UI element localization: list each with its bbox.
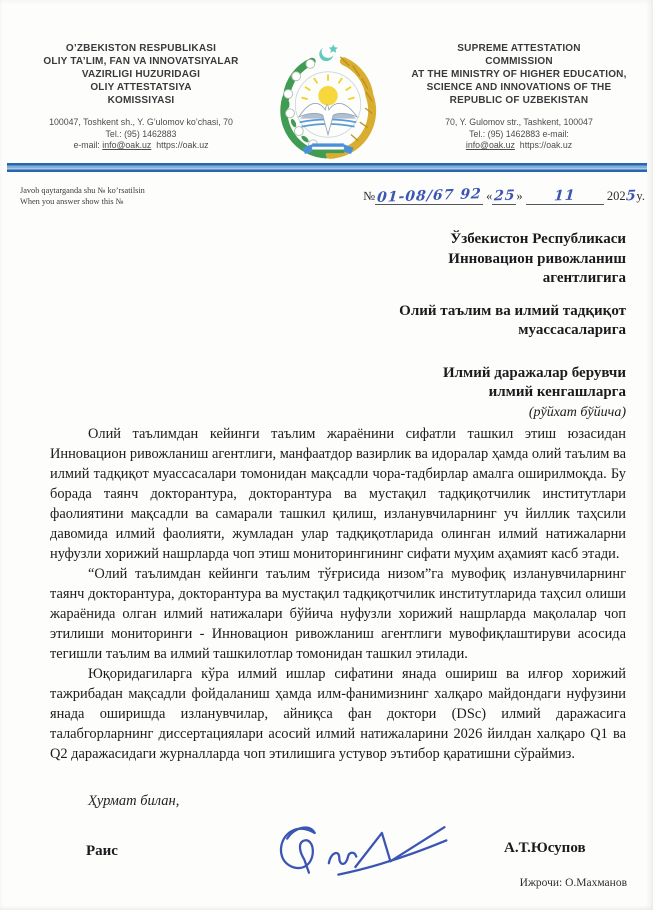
email-link: info@oak.uz	[466, 140, 515, 150]
org-name-line: OLIY ATTESTATSIYA	[10, 81, 272, 94]
letterhead: O’ZBEKISTON RESPUBLIKASI OLIY TA’LIM, FA…	[0, 36, 653, 166]
phone-line: Tel.: (95) 1462883	[10, 129, 272, 141]
org-block-english: SUPREME ATTESTATION COMMISSION AT THE MI…	[385, 36, 653, 152]
reference-note-uz: Javob qaytarganda shu № ko’rsatilsin	[20, 186, 145, 197]
signer-name: А.Т.Юсупов	[504, 840, 586, 857]
org-name-line: OLIY TA’LIM, FAN VA INNOVATSIYALAR	[10, 55, 272, 68]
email-prefix: e-mail:	[73, 140, 99, 150]
website-link: https://oak.uz	[156, 140, 208, 150]
address-line: 100047, Toshkent sh., Y. G’ulomov ko’cha…	[10, 117, 272, 129]
addressee-line: муассасаларига	[399, 321, 626, 341]
signer-title: Раис	[86, 843, 118, 860]
address-line: 70, Y. Gulomov str., Tashkent, 100047	[385, 117, 653, 129]
reference-number-line: №01-08/67 92 «25» 11 2025y.	[363, 186, 645, 205]
org-name-line: REPUBLIC OF UZBEKISTAN	[385, 94, 653, 107]
reference-note: Javob qaytarganda shu № ko’rsatilsin Whe…	[20, 186, 145, 207]
addressee-block: Ўзбекистон Республикаси Инновацион ривож…	[399, 230, 626, 422]
contact-line: e-mail: info@oak.uz https://oak.uz	[10, 140, 272, 152]
org-name-en: SUPREME ATTESTATION COMMISSION AT THE MI…	[385, 42, 653, 107]
addressee-line: Инновацион ривожланиш	[399, 250, 626, 270]
year-suffix: y.	[636, 189, 645, 203]
number-sign: №	[363, 189, 375, 203]
day-handwritten: 25	[493, 188, 516, 205]
org-address-uz: 100047, Toshkent sh., Y. G’ulomov ko’cha…	[10, 117, 272, 152]
org-name-line: AT THE MINISTRY OF HIGHER EDUCATION,	[385, 68, 653, 81]
addressee-line: илмий кенгашларга	[399, 383, 626, 403]
quote-close: »	[516, 189, 522, 203]
uzbekistan-state-emblem-icon	[275, 36, 381, 166]
email-link: info@oak.uz	[102, 140, 151, 150]
ref-number-field: 01-08/67 92	[375, 188, 483, 205]
signature-ink	[272, 815, 452, 883]
org-address-en: 70, Y. Gulomov str., Tashkent, 100047 Te…	[385, 117, 653, 152]
phone-line: Tel.: (95) 1462883 e-mail:	[385, 129, 653, 141]
org-name-line: VAZIRLIGI HUZURIDAGI	[10, 68, 272, 81]
body-paragraph-2: “Олий таълимдан кейинги таълим тўғрисида…	[50, 564, 626, 664]
letter-body: Олий таълимдан кейинги таълим жараёнини …	[50, 424, 626, 764]
body-paragraph-3: Юқоридагиларга кўра илмий ишлар сифатини…	[50, 664, 626, 764]
addressee-1: Ўзбекистон Республикаси Инновацион ривож…	[399, 230, 626, 289]
month-field: 11	[526, 188, 604, 205]
addressee-line: Ўзбекистон Республикаси	[399, 230, 626, 250]
addressee-line: Олий таълим ва илмий тадқиқот	[399, 302, 626, 322]
addressee-line: агентлигига	[399, 269, 626, 289]
reference-row: Javob qaytarganda shu № ko’rsatilsin Whe…	[20, 186, 645, 207]
org-name-line: KOMISSIYASI	[10, 94, 272, 107]
org-name-uz: O’ZBEKISTON RESPUBLIKASI OLIY TA’LIM, FA…	[10, 42, 272, 107]
year-digit-handwritten: 5	[625, 188, 637, 204]
addressee-3: Илмий даражалар берувчи илмий кенгашларг…	[399, 364, 626, 423]
addressee-line: Илмий даражалар берувчи	[399, 364, 626, 384]
org-block-uzbek: O’ZBEKISTON RESPUBLIKASI OLIY TA’LIM, FA…	[10, 36, 272, 152]
header-divider-rule	[7, 163, 647, 172]
website-link: https://oak.uz	[520, 140, 572, 150]
addressee-note: (рўйхат бўйича)	[399, 403, 626, 423]
executor-note: Ижрочи: О.Махманов	[520, 877, 627, 889]
emblem-container	[272, 36, 383, 166]
org-name-line: O’ZBEKISTON RESPUBLIKASI	[10, 42, 272, 55]
month-handwritten: 11	[553, 188, 576, 205]
year-printed: 202	[607, 189, 626, 203]
addressee-2: Олий таълим ва илмий тадқиқот муассасала…	[399, 302, 626, 341]
day-field: 25	[492, 188, 516, 205]
letter-page: O’ZBEKISTON RESPUBLIKASI OLIY TA’LIM, FA…	[0, 0, 653, 910]
contact-line: info@oak.uz https://oak.uz	[385, 140, 653, 152]
reference-note-en: When you answer show this №	[20, 197, 145, 208]
ref-number-handwritten: 01-08/67 92	[376, 186, 482, 206]
org-name-line: COMMISSION	[385, 55, 653, 68]
org-name-line: SCIENCE AND INNOVATIONS OF THE	[385, 81, 653, 94]
closing-salutation: Ҳурмат билан,	[88, 793, 179, 810]
org-name-line: SUPREME ATTESTATION	[385, 42, 653, 55]
body-paragraph-1: Олий таълимдан кейинги таълим жараёнини …	[50, 424, 626, 564]
